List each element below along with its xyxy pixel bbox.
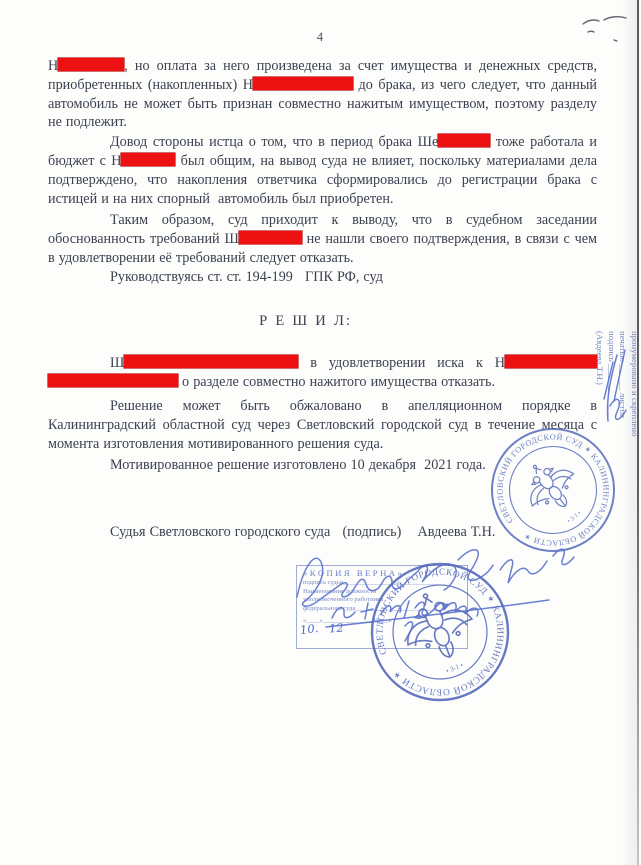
redaction-box — [48, 374, 178, 387]
redaction-box — [239, 231, 302, 244]
page-number: 4 — [0, 30, 641, 45]
handwritten-month: 12 — [329, 621, 345, 636]
paragraph-line: Ш в удовлетворении иска к Н — [48, 354, 597, 373]
document-body: Н, но оплата за него произведена за счет… — [48, 57, 597, 542]
text-line: подпись ____________ — [606, 331, 618, 543]
page-edge-shadow — [621, 0, 637, 865]
svg-text:• 3-1 •: • 3-1 • — [445, 661, 465, 675]
paragraph-plaintiff-argument: Довод стороны истца о том, что в период … — [48, 133, 597, 208]
paragraph-guided-by: Руководствуясь ст. ст. 194-199 ГПК РФ, с… — [48, 268, 597, 287]
paragraph-line: о разделе совместно нажитого имущества о… — [48, 373, 597, 392]
paragraph-resolution: Ш в удовлетворении иска к Н о разделе со… — [48, 354, 597, 392]
redaction-box — [505, 355, 597, 368]
text-line: подпись судьи___________________________… — [303, 579, 461, 587]
judge-signature-line: Судья Светловского городского суда (подп… — [48, 523, 597, 542]
redaction-box — [253, 77, 353, 90]
copy-is-true-stamp: «КОПИЯ ВЕРНА» подпись судьи_____________… — [296, 565, 468, 649]
redaction-box — [438, 134, 490, 147]
paragraph-appeal: Решение может быть обжаловано в апелляци… — [48, 397, 597, 453]
copy-stamp-lines: подпись судьи___________________________… — [303, 579, 461, 625]
text-line: уполномоченного работника — [303, 596, 461, 604]
text-line: «____»_______________20___г. — [303, 617, 461, 625]
redaction-box — [58, 58, 124, 71]
text-line: федерального суда_______________________… — [303, 605, 461, 613]
scan-edge-line — [637, 0, 639, 865]
handwritten-day: 10. — [299, 621, 319, 637]
paragraph-car-payment: Н, но оплата за него произведена за счет… — [48, 57, 597, 132]
text-line: (Авдеева Т.Н.) — [594, 331, 606, 543]
paragraph-court-conclusion: Таким образом, суд приходит к выводу, чт… — [48, 211, 597, 267]
paragraph-reasoned-decision: Мотивированное решение изготовлено 10 де… — [48, 456, 597, 475]
redaction-box — [124, 355, 298, 368]
scanned-court-decision-page: 4 Н, но оплата за него произведена за сч… — [0, 0, 641, 865]
redaction-box — [121, 153, 175, 166]
resolution-heading: Р Е Ш И Л: — [31, 312, 580, 331]
copy-stamp-title: «КОПИЯ ВЕРНА» — [303, 569, 461, 577]
text-line: Наименование должности — [303, 588, 461, 596]
